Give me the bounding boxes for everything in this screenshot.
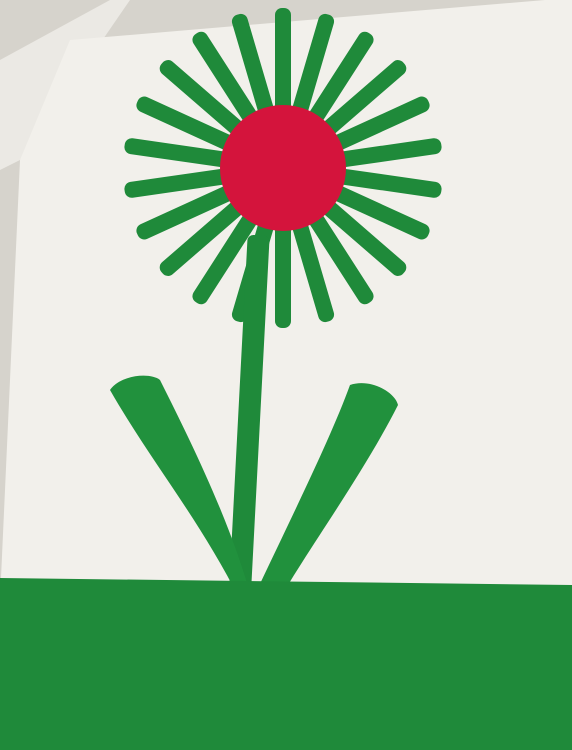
petal <box>275 8 291 118</box>
paper-flower-photo <box>0 0 572 750</box>
flower-center <box>220 105 346 231</box>
petal <box>275 218 291 328</box>
grass-strip <box>0 578 572 750</box>
